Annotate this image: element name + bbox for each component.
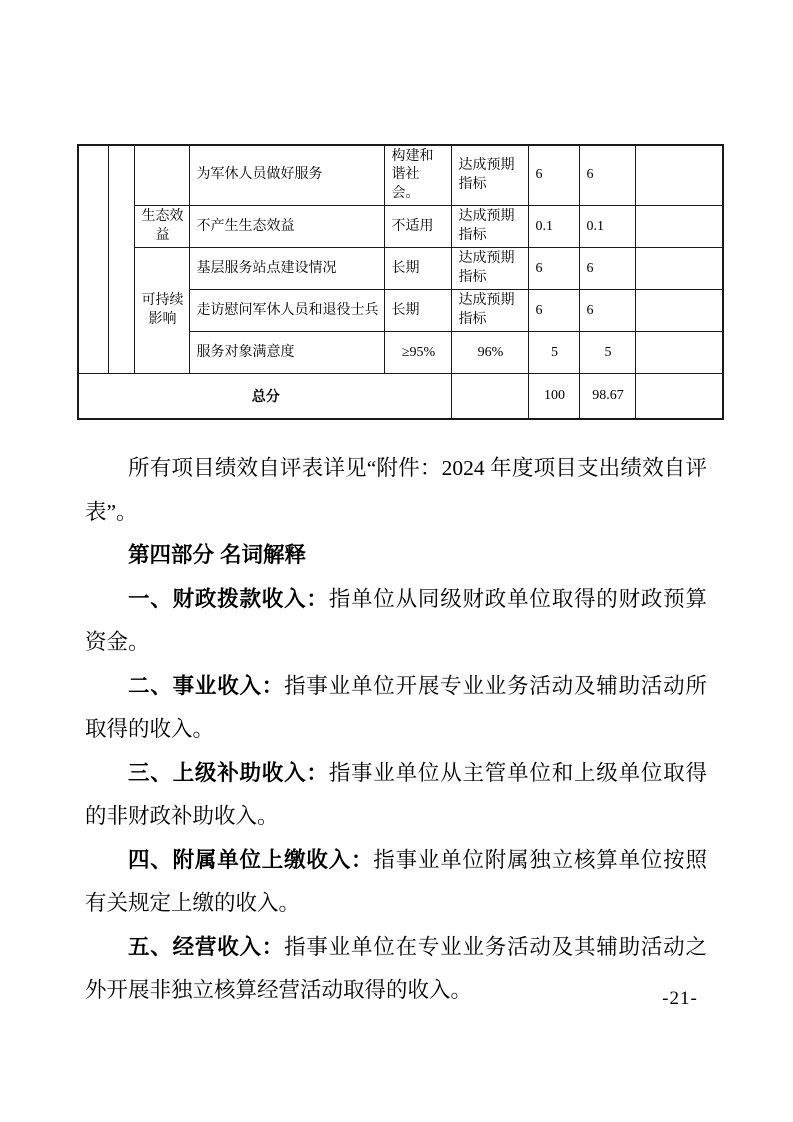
term-paragraph: 一、财政拨款收入：指单位从同级财政单位取得的财政预算资金。	[85, 578, 707, 665]
cell-weight: 6	[528, 145, 579, 206]
cell-score: 6	[579, 290, 635, 332]
body-text: 所有项目绩效自评表详见“附件：2024 年度项目支出绩效自评表”。 第四部分 名…	[85, 447, 707, 1013]
intro-paragraph: 所有项目绩效自评表详见“附件：2024 年度项目支出绩效自评表”。	[85, 447, 707, 534]
cell-total-weight: 100	[528, 374, 579, 419]
cell-spanner-left1	[78, 145, 108, 374]
cell-result: 达成预期指标	[451, 248, 528, 290]
cell-result: 达成预期指标	[451, 290, 528, 332]
cell-indicator: 不产生生态效益	[189, 206, 384, 248]
document-page: 为军休人员做好服务 构建和谐社会。 达成预期指标 6 6 生态效益 不产生生态效…	[0, 0, 793, 1122]
cell-result: 达成预期指标	[451, 206, 528, 248]
page-number: -21-	[650, 988, 710, 1010]
table-row: 为军休人员做好服务 构建和谐社会。 达成预期指标 6 6	[78, 145, 723, 206]
term-lead: 三、上级补助收入：	[128, 761, 329, 785]
performance-table: 为军休人员做好服务 构建和谐社会。 达成预期指标 6 6 生态效益 不产生生态效…	[77, 144, 724, 420]
term-lead: 五、经营收入：	[128, 935, 284, 959]
cell-category: 可持续影响	[134, 248, 189, 374]
cell-result: 96%	[451, 332, 528, 374]
cell-spanner-left2	[108, 145, 134, 374]
cell-total-result	[451, 374, 528, 419]
cell-remark	[635, 248, 723, 290]
cell-score: 0.1	[579, 206, 635, 248]
cell-weight: 6	[528, 248, 579, 290]
cell-target: 不适用	[384, 206, 451, 248]
cell-weight: 5	[528, 332, 579, 374]
cell-indicator: 基层服务站点建设情况	[189, 248, 384, 290]
cell-target: 长期	[384, 290, 451, 332]
term-paragraph: 三、上级补助收入：指事业单位从主管单位和上级单位取得的非财政补助收入。	[85, 752, 707, 839]
term-lead: 二、事业收入：	[128, 674, 284, 698]
section-heading: 第四部分 名词解释	[85, 534, 707, 578]
table-row: 可持续影响 基层服务站点建设情况 长期 达成预期指标 6 6	[78, 248, 723, 290]
cell-indicator: 服务对象满意度	[189, 332, 384, 374]
term-lead: 四、附属单位上缴收入：	[128, 848, 373, 872]
cell-remark	[635, 206, 723, 248]
cell-remark	[635, 290, 723, 332]
cell-total-remark	[635, 374, 723, 419]
term-paragraph: 四、附属单位上缴收入：指事业单位附属独立核算单位按照有关规定上缴的收入。	[85, 839, 707, 926]
cell-target: ≥95%	[384, 332, 451, 374]
cell-result: 达成预期指标	[451, 145, 528, 206]
cell-category: 生态效益	[134, 206, 189, 248]
table-row: 生态效益 不产生生态效益 不适用 达成预期指标 0.1 0.1	[78, 206, 723, 248]
term-paragraph: 二、事业收入：指事业单位开展专业业务活动及辅助活动所取得的收入。	[85, 665, 707, 752]
table-total-row: 总分 100 98.67	[78, 374, 723, 419]
term-paragraph: 五、经营收入：指事业单位在专业业务活动及其辅助活动之外开展非独立核算经营活动取得…	[85, 926, 707, 1013]
cell-target: 构建和谐社会。	[384, 145, 451, 206]
cell-score: 6	[579, 248, 635, 290]
cell-indicator: 为军休人员做好服务	[189, 145, 384, 206]
cell-total-score: 98.67	[579, 374, 635, 419]
term-lead: 一、财政拨款收入：	[128, 587, 329, 611]
cell-target: 长期	[384, 248, 451, 290]
cell-category	[134, 145, 189, 206]
cell-weight: 0.1	[528, 206, 579, 248]
cell-score: 5	[579, 332, 635, 374]
cell-total-label: 总分	[78, 374, 451, 419]
cell-remark	[635, 332, 723, 374]
cell-remark	[635, 145, 723, 206]
cell-weight: 6	[528, 290, 579, 332]
cell-indicator: 走访慰问军休人员和退役士兵	[189, 290, 384, 332]
cell-score: 6	[579, 145, 635, 206]
